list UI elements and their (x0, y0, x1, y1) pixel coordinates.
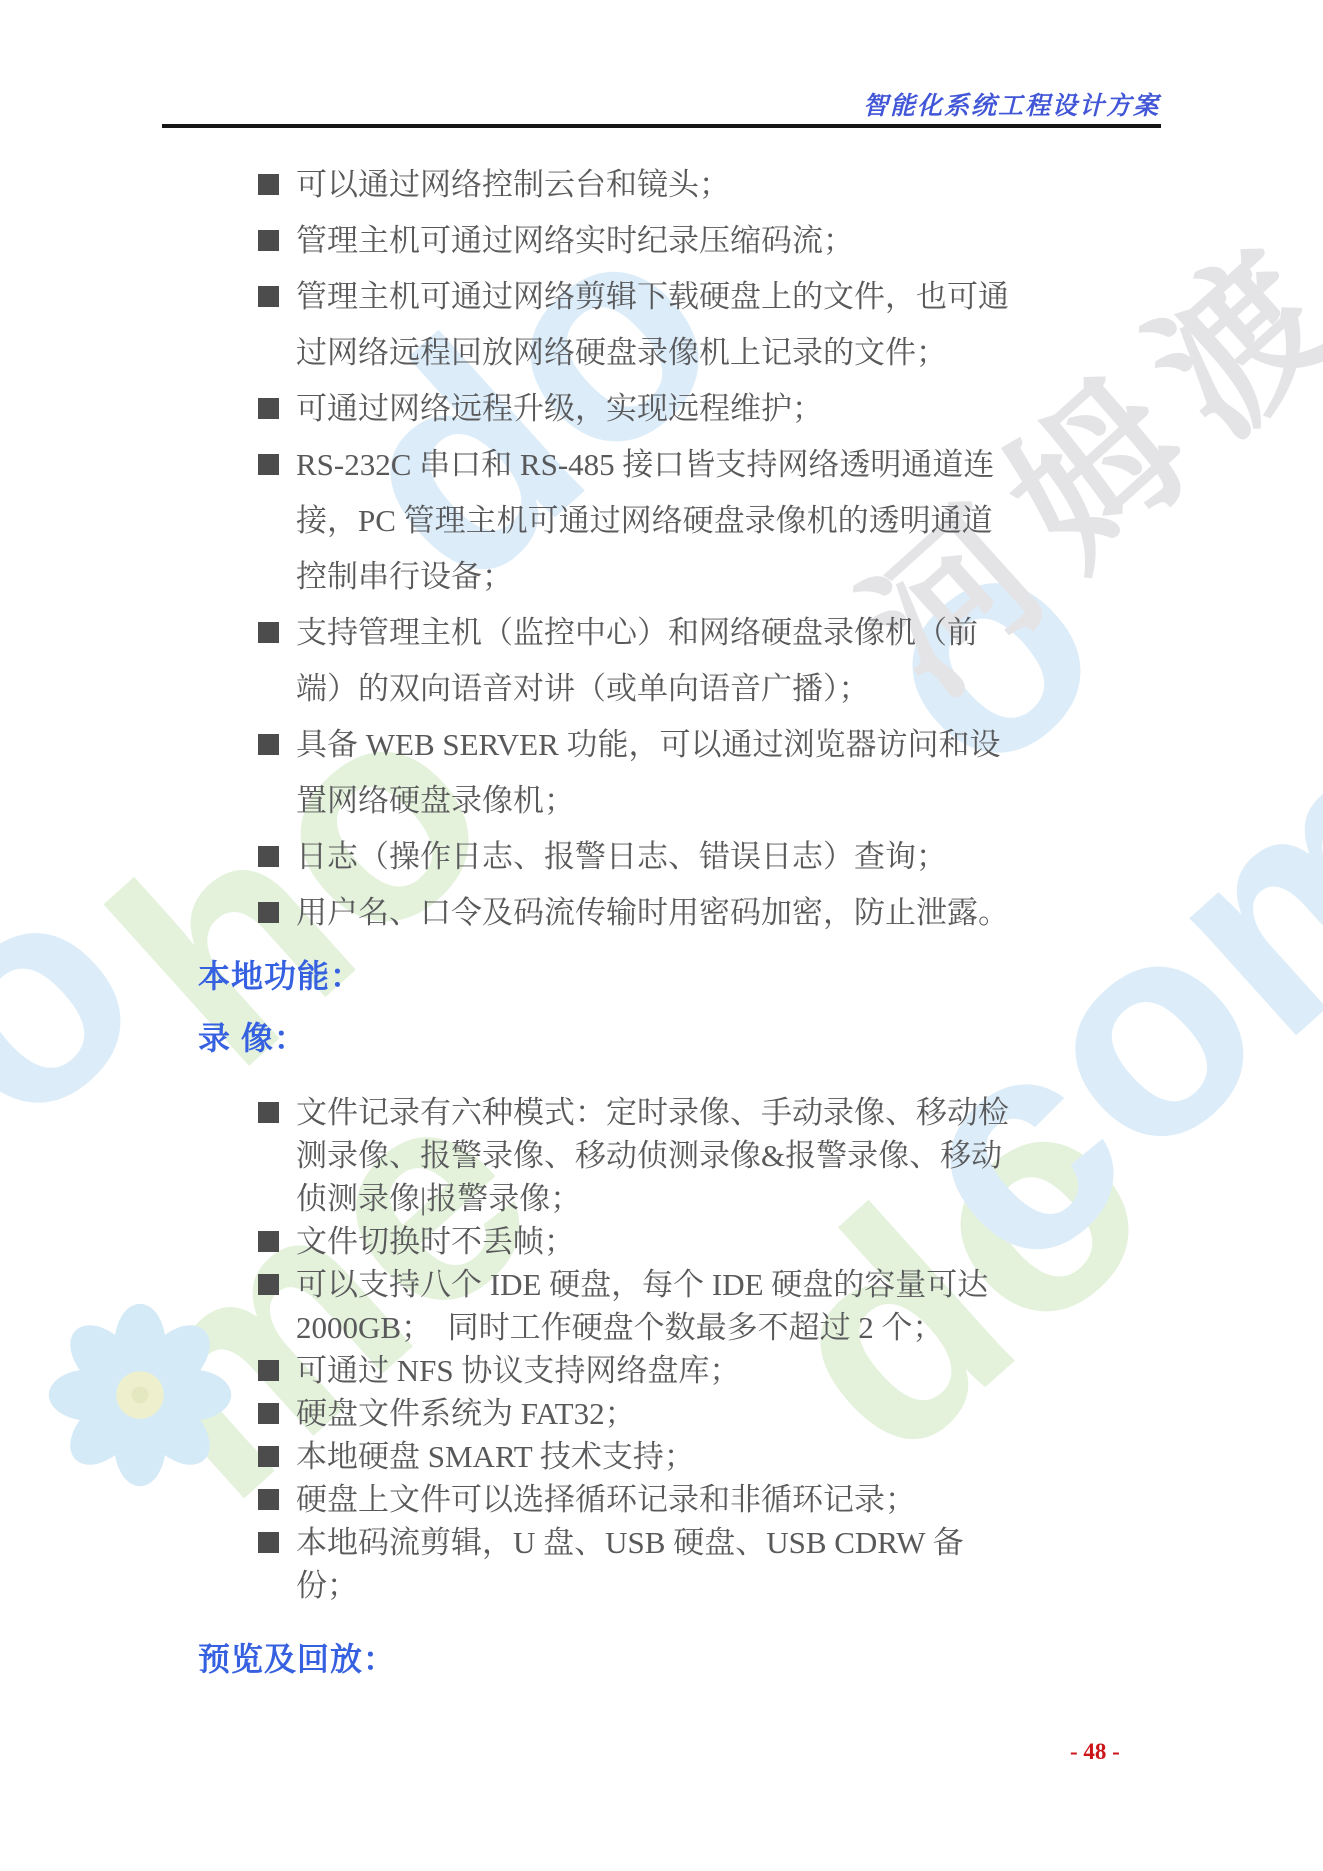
list-item-text: 日志（操作日志、报警日志、错误日志）查询； (296, 829, 947, 885)
header-rule (162, 124, 1161, 128)
list-item: 可通过网络远程升级，实现远程维护； (258, 381, 1198, 437)
bullet-square-icon (258, 454, 279, 475)
bullet-square-icon (258, 1274, 279, 1295)
list-item: 可以通过网络控制云台和镜头； (258, 157, 1198, 213)
bullet-square-icon (258, 174, 279, 195)
list-item-text: 具备 WEB SERVER 功能，可以通过浏览器访问和设 置网络硬盘录像机； (296, 717, 1001, 829)
bullet-square-icon (258, 398, 279, 419)
list-item: 管理主机可通过网络剪辑下载硬盘上的文件，也可通 过网络远程回放网络硬盘录像机上记… (258, 269, 1198, 381)
page-number: - 48 - (1070, 1740, 1120, 1764)
list-item-text: 本地硬盘 SMART 技术支持； (296, 1435, 695, 1478)
bullet-square-icon (258, 1403, 279, 1424)
list-item: 本地码流剪辑，U 盘、USB 硬盘、USB CDRW 备 份； (258, 1521, 1198, 1607)
bullet-square-icon (258, 1102, 279, 1123)
list-item: 管理主机可通过网络实时纪录压缩码流； (258, 213, 1198, 269)
list-item: 可以支持八个 IDE 硬盘，每个 IDE 硬盘的容量可达 2000GB； 同时工… (258, 1263, 1198, 1349)
list-item-text: 用户名、口令及码流传输时用密码加密，防止泄露。 (296, 885, 1009, 941)
list-item-text: 本地码流剪辑，U 盘、USB 硬盘、USB CDRW 备 份； (296, 1521, 964, 1607)
list-item-text: 支持管理主机（监控中心）和网络硬盘录像机（前 端）的双向语音对讲（或单向语音广播… (296, 605, 978, 717)
bullet-square-icon (258, 1532, 279, 1553)
list-item-text: 可以支持八个 IDE 硬盘，每个 IDE 硬盘的容量可达 2000GB； 同时工… (296, 1263, 988, 1349)
list-item-text: 管理主机可通过网络实时纪录压缩码流； (296, 213, 854, 269)
list-item: 本地硬盘 SMART 技术支持； (258, 1435, 1198, 1478)
list-item: 用户名、口令及码流传输时用密码加密，防止泄露。 (258, 885, 1198, 941)
section-heading-local-functions: 本地功能： (198, 956, 363, 996)
recording-features-list: 文件记录有六种模式：定时录像、手动录像、移动检 测录像、报警录像、移动侦测录像&… (258, 1091, 1198, 1607)
watermark-text: o (0, 827, 188, 1173)
flower-watermark-icon (45, 1295, 235, 1495)
list-item: 文件切换时不丢帧； (258, 1220, 1198, 1263)
bullet-square-icon (258, 622, 279, 643)
bullet-square-icon (258, 902, 279, 923)
list-item-text: 可通过 NFS 协议支持网络盘库； (296, 1349, 740, 1392)
bullet-square-icon (258, 1489, 279, 1510)
bullet-square-icon (258, 1231, 279, 1252)
list-item: RS-232C 串口和 RS-485 接口皆支持网络透明通道连 接，PC 管理主… (258, 437, 1198, 605)
bullet-square-icon (258, 230, 279, 251)
header-title: 智能化系统工程设计方案 (863, 90, 1160, 122)
list-item: 可通过 NFS 协议支持网络盘库； (258, 1349, 1198, 1392)
section-heading-recording: 录 像： (198, 1018, 307, 1058)
list-item: 硬盘上文件可以选择循环记录和非循环记录； (258, 1478, 1198, 1521)
bullet-square-icon (258, 286, 279, 307)
list-item-text: RS-232C 串口和 RS-485 接口皆支持网络透明通道连 接，PC 管理主… (296, 437, 994, 605)
list-item: 文件记录有六种模式：定时录像、手动录像、移动检 测录像、报警录像、移动侦测录像&… (258, 1091, 1198, 1220)
list-item: 日志（操作日志、报警日志、错误日志）查询； (258, 829, 1198, 885)
bullet-square-icon (258, 1446, 279, 1467)
section-heading-preview-playback: 预览及回放： (198, 1639, 396, 1679)
bullet-square-icon (258, 846, 279, 867)
list-item: 硬盘文件系统为 FAT32； (258, 1392, 1198, 1435)
list-item-text: 可以通过网络控制云台和镜头； (296, 157, 730, 213)
list-item-text: 管理主机可通过网络剪辑下载硬盘上的文件，也可通 过网络远程回放网络硬盘录像机上记… (296, 269, 1009, 381)
document-page: { "header": { "title": "智能化系统工程设计方案" }, … (0, 0, 1323, 1871)
bullet-square-icon (258, 1360, 279, 1381)
list-item: 支持管理主机（监控中心）和网络硬盘录像机（前 端）的双向语音对讲（或单向语音广播… (258, 605, 1198, 717)
list-item-text: 硬盘文件系统为 FAT32； (296, 1392, 636, 1435)
bullet-square-icon (258, 734, 279, 755)
list-item: 具备 WEB SERVER 功能，可以通过浏览器访问和设 置网络硬盘录像机； (258, 717, 1198, 829)
network-features-list: 可以通过网络控制云台和镜头； 管理主机可通过网络实时纪录压缩码流； 管理主机可通… (258, 157, 1198, 941)
list-item-text: 硬盘上文件可以选择循环记录和非循环记录； (296, 1478, 916, 1521)
list-item-text: 文件记录有六种模式：定时录像、手动录像、移动检 测录像、报警录像、移动侦测录像&… (296, 1091, 1009, 1220)
list-item-text: 文件切换时不丢帧； (296, 1220, 575, 1263)
list-item-text: 可通过网络远程升级，实现远程维护； (296, 381, 823, 437)
